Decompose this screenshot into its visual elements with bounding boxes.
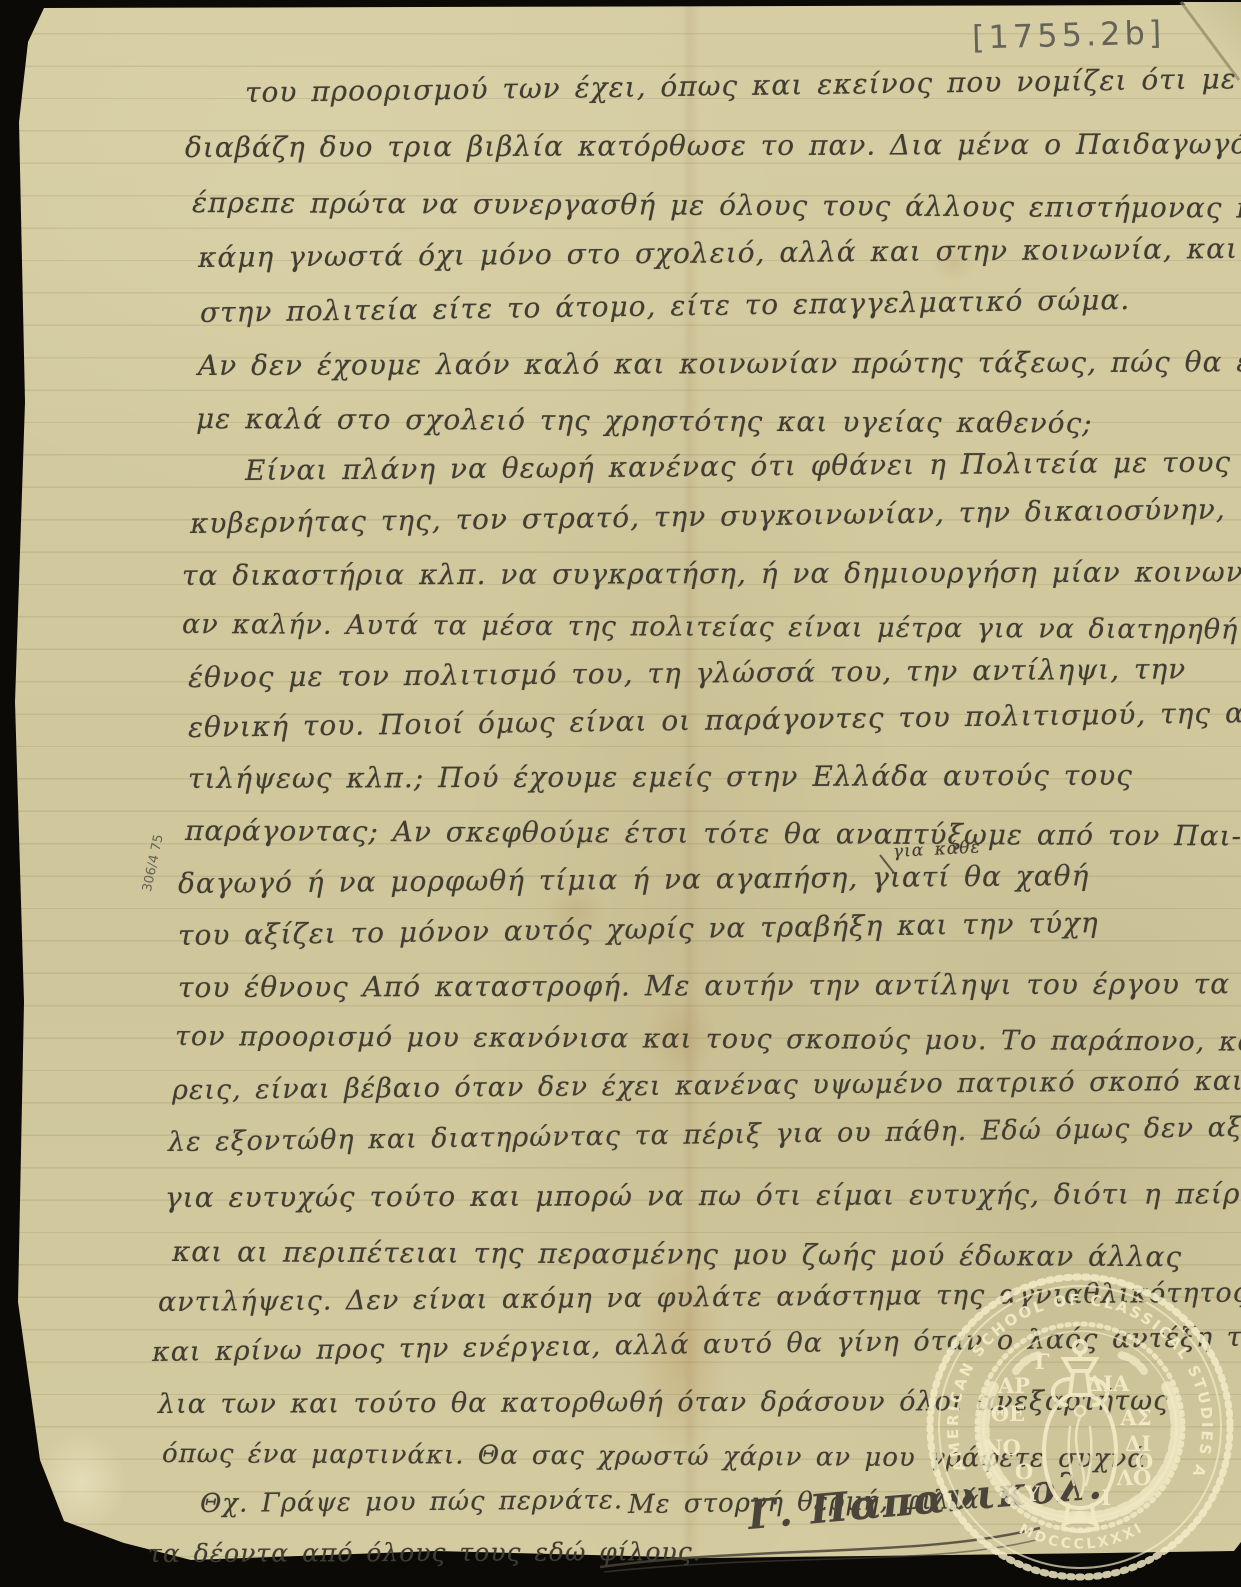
- letter-line: λια των και τούτο θα κατορθωθή όταν δράσ…: [158, 1385, 1169, 1420]
- letter-line: αν καλήν. Αυτά τα μέσα της πολιτείας είν…: [182, 609, 1241, 646]
- letter-line: τα δικαστήρια κλπ. να συγκρατήση, ή να δ…: [182, 555, 1241, 592]
- letter-line: τιλήψεως κλπ.; Πού έχουμε εμείς στην Ελλ…: [188, 759, 1133, 795]
- scanned-letter-page: [1755.2b] 306/4 75 του προορισμού των έχ…: [0, 0, 1241, 1587]
- letter-line: όπως ένα μαρτινάκι. Θα σας χρωστώ χάριν …: [162, 1439, 1146, 1474]
- letter-line: Αν δεν έχουμε λαόν καλό και κοινωνίαν πρ…: [198, 345, 1241, 382]
- letter-line: Θχ. Γράψε μου πώς περνάτε.: [200, 1485, 623, 1519]
- letter-line: και αι περιπέτειαι της περασμένης μου ζω…: [172, 1235, 1182, 1273]
- letter-line: έπρεπε πρώτα να συνεργασθή με όλους τους…: [192, 186, 1241, 225]
- letter-line: του έθνους Από καταστροφή. Με αυτήν την …: [178, 967, 1230, 1004]
- letter-line: τα δέοντα από όλους τους εδώ φίλους.: [148, 1537, 702, 1568]
- letter-line: για ευτυχώς τούτο και μπορώ να πω ότι εί…: [165, 1177, 1241, 1214]
- catalog-number: [1755.2b]: [972, 13, 1166, 56]
- letter-line: παράγοντας; Αν σκεφθούμε έτσι τότε θα αν…: [185, 814, 1241, 853]
- letter-line: με καλά στο σχολειό της χρηστότης και υγ…: [196, 402, 1093, 440]
- letter-line: τον προορισμό μου εκανόνισα και τους σκο…: [175, 1021, 1241, 1058]
- letter-line: διαβάζη δυο τρια βιβλία κατόρθωσε το παν…: [185, 127, 1241, 164]
